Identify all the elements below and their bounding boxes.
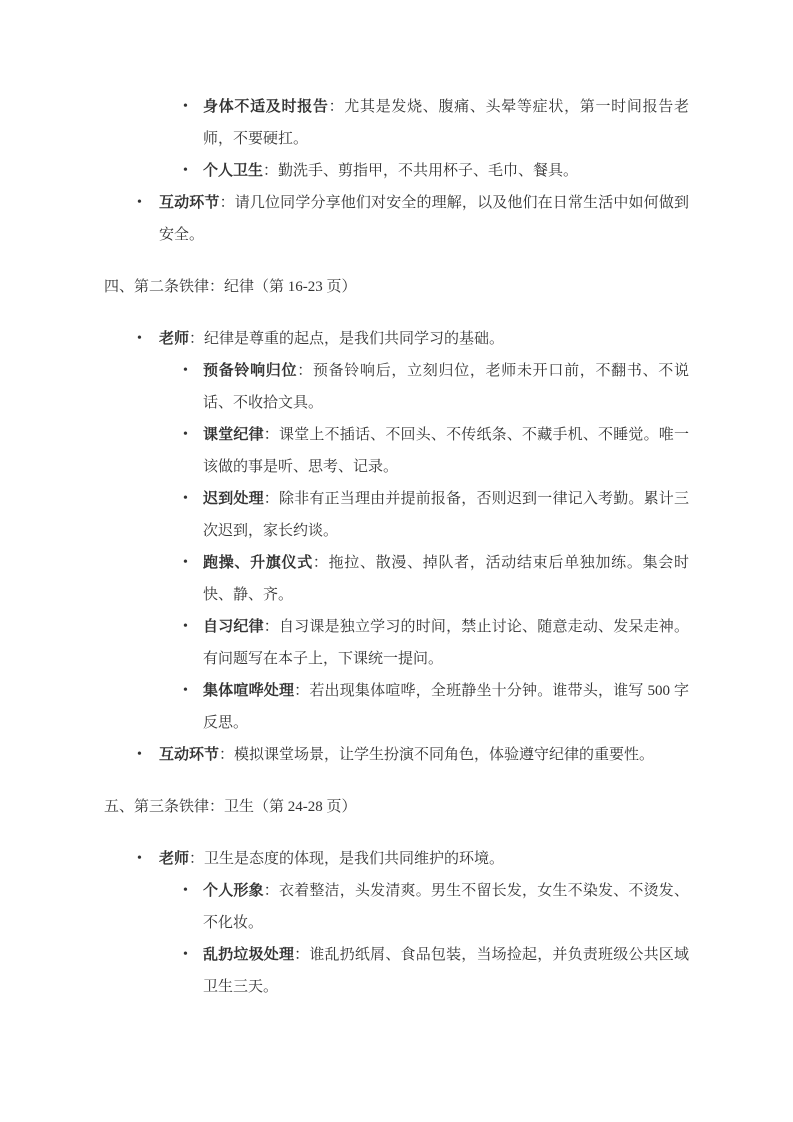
bullet-icon: • bbox=[137, 739, 142, 771]
item-colon: ： bbox=[294, 683, 309, 699]
item-label: 课堂纪律 bbox=[203, 427, 264, 443]
item-colon: ： bbox=[219, 747, 234, 763]
bullet-icon: • bbox=[183, 675, 188, 707]
item-text: 请几位同学分享他们对安全的理解，以及他们在日常生活中如何做到安全。 bbox=[159, 195, 689, 243]
bullet-icon: • bbox=[183, 611, 188, 643]
document-page: • 身体不适及时报告：尤其是发烧、腹痛、头晕等症状，第一时间报告老师，不要硬扛。… bbox=[0, 0, 793, 1122]
bullet-icon: • bbox=[183, 91, 188, 123]
item-colon: ： bbox=[189, 331, 204, 347]
item-colon: ： bbox=[297, 363, 313, 379]
section-discipline: • 老师：纪律是尊重的起点，是我们共同学习的基础。 • 预备铃响归位：预备铃响后… bbox=[104, 323, 689, 771]
doc-content: • 身体不适及时报告：尤其是发烧、腹痛、头晕等症状，第一时间报告老师，不要硬扛。… bbox=[104, 91, 689, 1003]
item-label: 个人卫生 bbox=[203, 163, 263, 179]
item-colon: ： bbox=[264, 491, 279, 507]
list-item: • 迟到处理：除非有正当理由并提前报备，否则迟到一律记入考勤。累计三次迟到，家长… bbox=[104, 483, 689, 547]
item-text: 纪律是尊重的起点，是我们共同学习的基础。 bbox=[204, 331, 504, 347]
item-label: 乱扔垃圾处理 bbox=[203, 947, 294, 963]
list-item: • 课堂纪律：课堂上不插话、不回头、不传纸条、不藏手机、不睡觉。唯一该做的事是听… bbox=[104, 419, 689, 483]
item-text: 勤洗手、剪指甲，不共用杯子、毛巾、餐具。 bbox=[278, 163, 578, 179]
section-safety-continuation: • 身体不适及时报告：尤其是发烧、腹痛、头晕等症状，第一时间报告老师，不要硬扛。… bbox=[104, 91, 689, 251]
item-label: 迟到处理 bbox=[203, 491, 264, 507]
item-text: 模拟课堂场景，让学生扮演不同角色，体验遵守纪律的重要性。 bbox=[234, 747, 654, 763]
list-item: • 个人卫生：勤洗手、剪指甲，不共用杯子、毛巾、餐具。 bbox=[104, 155, 689, 187]
bullet-icon: • bbox=[183, 547, 188, 579]
item-label: 互动环节 bbox=[159, 747, 219, 763]
bullet-icon: • bbox=[183, 483, 188, 515]
bullet-icon: • bbox=[137, 843, 142, 875]
bullet-icon: • bbox=[137, 187, 142, 219]
list-item: • 身体不适及时报告：尤其是发烧、腹痛、头晕等症状，第一时间报告老师，不要硬扛。 bbox=[104, 91, 689, 155]
list-item: • 互动环节：请几位同学分享他们对安全的理解，以及他们在日常生活中如何做到安全。 bbox=[104, 187, 689, 251]
item-label: 跑操、升旗仪式 bbox=[203, 555, 313, 571]
item-label: 互动环节 bbox=[159, 195, 220, 211]
item-label: 老师 bbox=[159, 851, 189, 867]
list-item: • 跑操、升旗仪式：拖拉、散漫、掉队者，活动结束后单独加练。集会时快、静、齐。 bbox=[104, 547, 689, 611]
item-text: 卫生是态度的体现，是我们共同维护的环境。 bbox=[204, 851, 504, 867]
item-colon: ： bbox=[264, 619, 279, 635]
item-colon: ： bbox=[220, 195, 235, 211]
list-item: • 集体喧哗处理：若出现集体喧哗，全班静坐十分钟。谁带头，谁写 500 字反思。 bbox=[104, 675, 689, 739]
item-colon: ： bbox=[264, 427, 279, 443]
item-label: 个人形象 bbox=[203, 883, 264, 899]
list-item: • 乱扔垃圾处理：谁乱扔纸屑、食品包装，当场捡起，并负责班级公共区域卫生三天。 bbox=[104, 939, 689, 1003]
bullet-icon: • bbox=[183, 419, 188, 451]
list-item: • 老师：卫生是态度的体现，是我们共同维护的环境。 bbox=[104, 843, 689, 875]
bullet-icon: • bbox=[183, 155, 188, 187]
item-colon: ： bbox=[189, 851, 204, 867]
item-label: 集体喧哗处理 bbox=[203, 683, 294, 699]
item-colon: ： bbox=[329, 99, 345, 115]
item-label: 身体不适及时报告 bbox=[203, 99, 329, 115]
bullet-icon: • bbox=[183, 875, 188, 907]
bullet-icon: • bbox=[183, 939, 188, 971]
bullet-icon: • bbox=[137, 323, 142, 355]
item-colon: ： bbox=[313, 555, 329, 571]
section-heading-discipline: 四、第二条铁律：纪律（第 16-23 页） bbox=[104, 271, 689, 303]
list-item: • 预备铃响归位：预备铃响后，立刻归位，老师未开口前，不翻书、不说话、不收拾文具… bbox=[104, 355, 689, 419]
bullet-icon: • bbox=[183, 355, 188, 387]
list-item: • 自习纪律：自习课是独立学习的时间，禁止讨论、随意走动、发呆走神。有问题写在本… bbox=[104, 611, 689, 675]
item-colon: ： bbox=[294, 947, 309, 963]
list-item: • 老师：纪律是尊重的起点，是我们共同学习的基础。 bbox=[104, 323, 689, 355]
list-item: • 个人形象：衣着整洁，头发清爽。男生不留长发，女生不染发、不烫发、不化妆。 bbox=[104, 875, 689, 939]
item-colon: ： bbox=[264, 883, 279, 899]
item-label: 老师 bbox=[159, 331, 189, 347]
item-label: 自习纪律 bbox=[203, 619, 264, 635]
section-hygiene: • 老师：卫生是态度的体现，是我们共同维护的环境。 • 个人形象：衣着整洁，头发… bbox=[104, 843, 689, 1003]
item-colon: ： bbox=[263, 163, 278, 179]
list-item: • 互动环节：模拟课堂场景，让学生扮演不同角色，体验遵守纪律的重要性。 bbox=[104, 739, 689, 771]
section-heading-hygiene: 五、第三条铁律：卫生（第 24-28 页） bbox=[104, 791, 689, 823]
item-label: 预备铃响归位 bbox=[203, 363, 297, 379]
